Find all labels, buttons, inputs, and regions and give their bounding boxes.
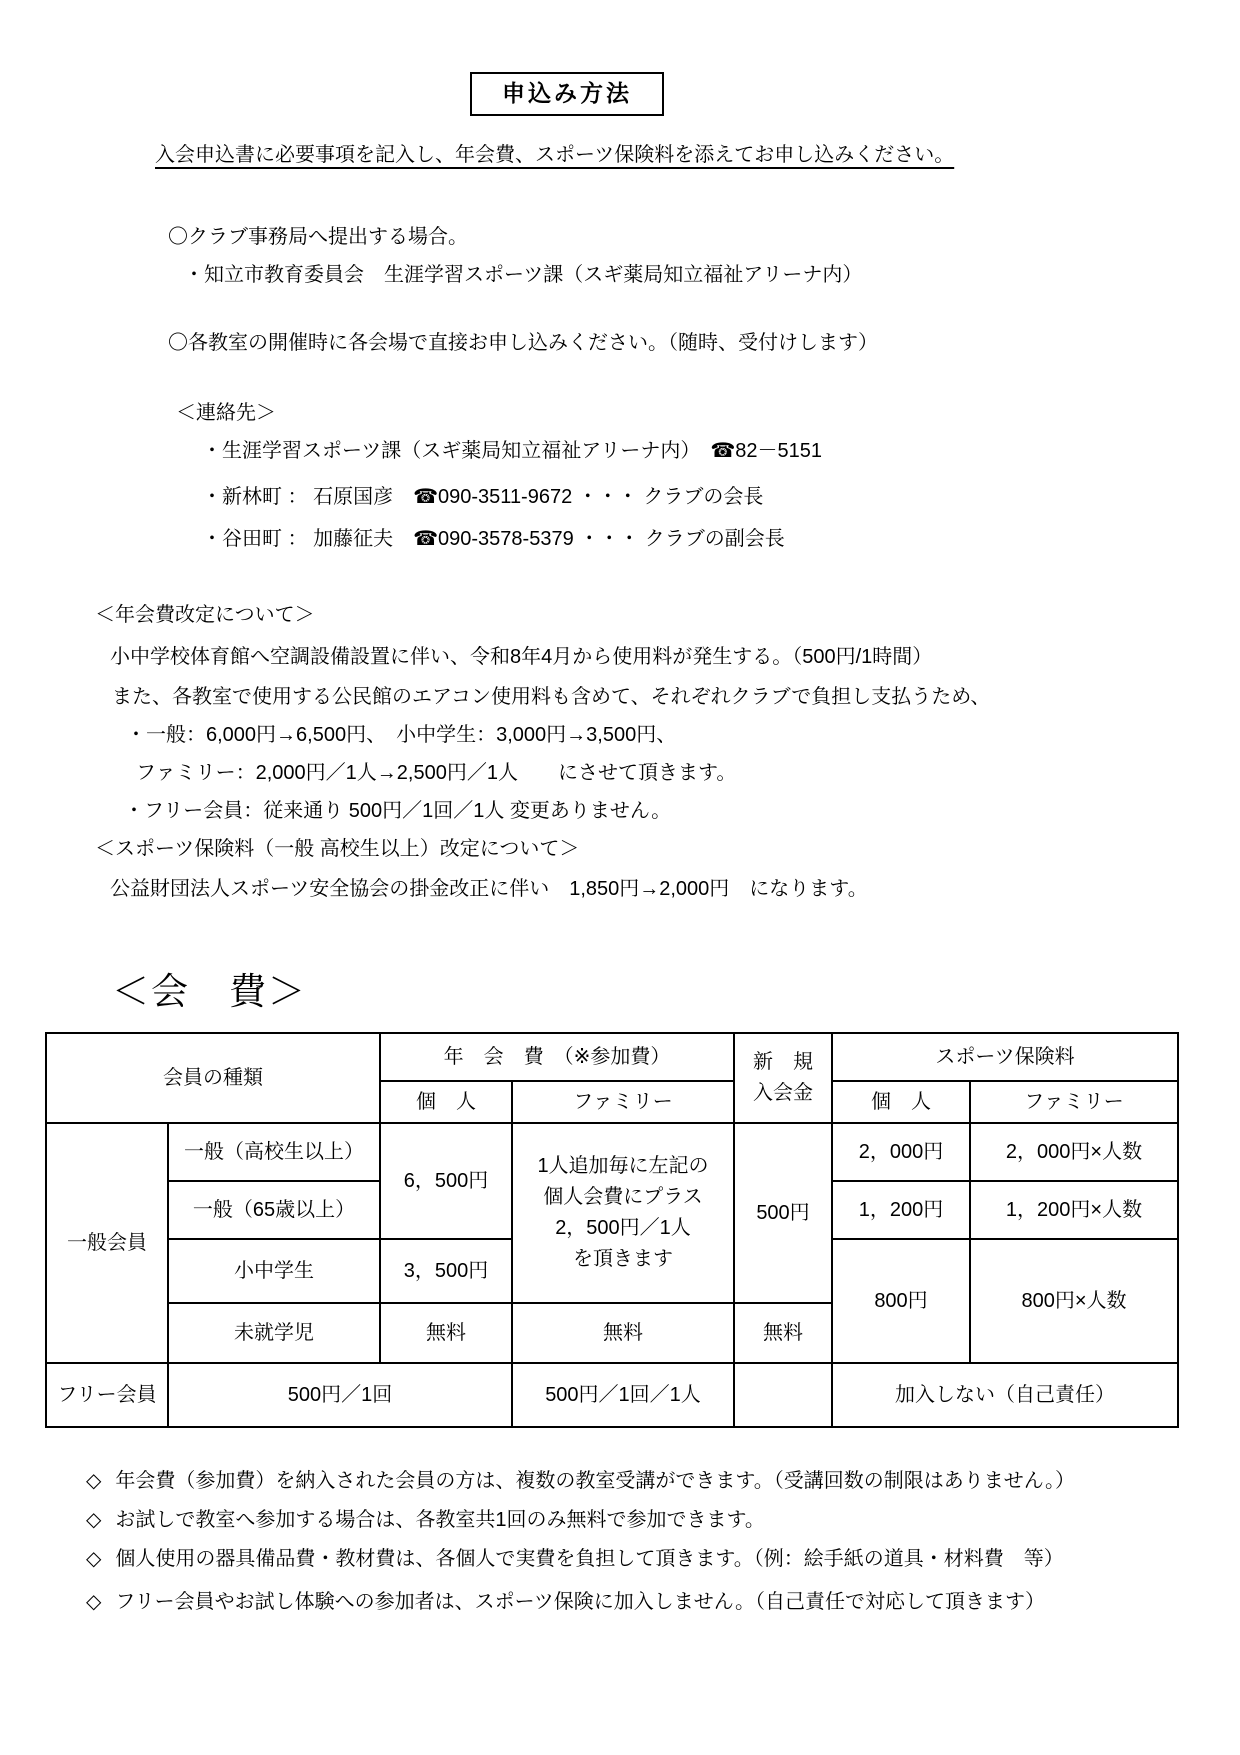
cell-category-preschool: 未就学児 [168,1303,380,1363]
cell-fee-general: 6，500円 [380,1123,512,1239]
fees-heading: ＜会 費＞ [112,968,1240,1016]
note-item-insurance: ◇フリー会員やお試し体験への参加者は、スポーツ保険に加入しません。（自己責任で対… [86,1589,1240,1615]
fee-revision-line-4: ファミリー：2,000円／1人→2,500円／1人 にさせて頂きます。 [136,760,1240,786]
family-fee-note-line2: 個人会費にプラス [519,1182,727,1213]
header-insurance: スポーツ保険料 [832,1033,1178,1081]
contacts-heading: ＜連絡先＞ [176,400,1240,426]
cell-fee-preschool: 無料 [380,1303,512,1363]
diamond-icon: ◇ [86,1589,101,1615]
cell-category-general-65: 一般（65歳以上） [168,1181,380,1239]
cell-fee-preschool-family: 無料 [512,1303,734,1363]
cell-new-fee-preschool: 無料 [734,1303,832,1363]
diamond-icon: ◇ [86,1468,101,1494]
note-text: 年会費（参加費）を納入された会員の方は、複数の教室受講ができます。（受講回数の制… [115,1470,1075,1492]
fee-revision-line-1: 小中学校体育館へ空調設備設置に伴い、令和8年4月から使用料が発生する。（500円… [110,644,1240,670]
fee-revision-line-2: また、各教室で使用する公民館のエアコン使用料も含めて、それぞれクラブで負担し支払… [112,684,1240,710]
cell-insurance-child: 800円 [832,1239,970,1363]
fee-table: 会員の種類 年 会 費 （※参加費） 新 規 入会金 スポーツ保険料 個 人 フ… [45,1032,1179,1428]
header-member-type: 会員の種類 [46,1033,380,1123]
cell-fee-elementary: 3，500円 [380,1239,512,1303]
contact-item-chairman: ・新林町 ： 石原国彦 ☎090-3511-9672 ・・・ クラブの会長 [202,484,1240,510]
note-text: フリー会員やお試し体験への参加者は、スポーツ保険に加入しません。（自己責任で対応… [115,1591,1045,1613]
header-insurance-family: ファミリー [970,1081,1178,1123]
cell-category-general-hs: 一般（高校生以上） [168,1123,380,1181]
fee-revision-line-3: ・一般：6,000円→6,500円、 小中学生：3,000円→3,500円、 [126,722,1240,748]
note-item-trial: ◇お試しで教室へ参加する場合は、各教室共1回のみ無料で参加できます。 [86,1507,1240,1533]
cell-free-member-fee: 500円／1回 [168,1363,512,1427]
fee-revision-line-5: ・フリー会員：従来通り 500円／1回／1人 変更ありません。 [124,798,1240,824]
onsite-submission-line: 〇各教室の開催時に各会場で直接お申し込みください。（随時、受付けします） [168,330,1240,356]
cell-insurance-general: 2，000円 [832,1123,970,1181]
office-submission-line: 〇クラブ事務局へ提出する場合。 [168,224,1240,250]
cell-insurance-child-family: 800円×人数 [970,1239,1178,1363]
family-fee-note-line4: を頂きます [519,1244,727,1275]
cell-general-member-group: 一般会員 [46,1123,168,1363]
diamond-icon: ◇ [86,1507,101,1533]
cell-family-fee-note: 1人追加毎に左記の 個人会費にプラス 2，500円／1人 を頂きます [512,1123,734,1303]
header-new-admission-fee: 新 規 入会金 [734,1033,832,1123]
cell-free-member-insurance: 加入しない（自己責任） [832,1363,1178,1427]
document-page: 申込み方法 入会申込書に必要事項を記入し、年会費、スポーツ保険料を添えてお申し込… [0,0,1240,1755]
header-annual-fee: 年 会 費 （※参加費） [380,1033,734,1081]
note-item-equipment: ◇個人使用の器具備品費・教材費は、各個人で実費を負担して頂きます。（例：絵手紙の… [86,1546,1240,1572]
note-text: お試しで教室へ参加する場合は、各教室共1回のみ無料で参加できます。 [115,1509,765,1531]
contact-item-sports-section: ・生涯学習スポーツ課（スギ薬局知立福祉アリーナ内） ☎82－5151 [202,438,1240,464]
cell-free-member-group: フリー会員 [46,1363,168,1427]
diamond-icon: ◇ [86,1546,101,1572]
contact-item-vice-chairman: ・谷田町 ： 加藤征夫 ☎090-3578-5379 ・・・ クラブの副会長 [202,526,1240,552]
cell-new-admission-fee: 500円 [734,1123,832,1303]
office-detail-line: ・知立市教育委員会 生涯学習スポーツ課（スギ薬局知立福祉アリーナ内） [184,262,1240,288]
note-item-multiple-classes: ◇年会費（参加費）を納入された会員の方は、複数の教室受講ができます。（受講回数の… [86,1468,1240,1494]
insurance-revision-line: 公益財団法人スポーツ安全協会の掛金改正に伴い 1,850円→2,000円 になり… [110,876,1240,902]
application-method-title: 申込み方法 [470,72,664,116]
fee-revision-heading: ＜年会費改定について＞ [95,602,1240,628]
header-fee-family: ファミリー [512,1081,734,1123]
note-text: 個人使用の器具備品費・教材費は、各個人で実費を負担して頂きます。（例：絵手紙の道… [115,1548,1063,1570]
family-fee-note-line1: 1人追加毎に左記の [519,1151,727,1182]
cell-insurance-general-family: 2，000円×人数 [970,1123,1178,1181]
insurance-revision-heading: ＜スポーツ保険料（一般 高校生以上）改定について＞ [95,836,1240,862]
cell-category-elementary: 小中学生 [168,1239,380,1303]
cell-free-member-fee-family: 500円／1回／1人 [512,1363,734,1427]
notes-section: ◇年会費（参加費）を納入された会員の方は、複数の教室受講ができます。（受講回数の… [86,1468,1240,1615]
family-fee-note-line3: 2，500円／1人 [519,1213,727,1244]
header-insurance-individual: 個 人 [832,1081,970,1123]
header-fee-individual: 個 人 [380,1081,512,1123]
cell-insurance-senior: 1，200円 [832,1181,970,1239]
header-new-admission-line1: 新 規 [741,1047,825,1078]
cell-free-member-new-fee-empty [734,1363,832,1427]
lead-sentence: 入会申込書に必要事項を記入し、年会費、スポーツ保険料を添えてお申し込みください。 [155,142,1240,168]
cell-insurance-senior-family: 1，200円×人数 [970,1181,1178,1239]
header-new-admission-line2: 入会金 [741,1078,825,1109]
